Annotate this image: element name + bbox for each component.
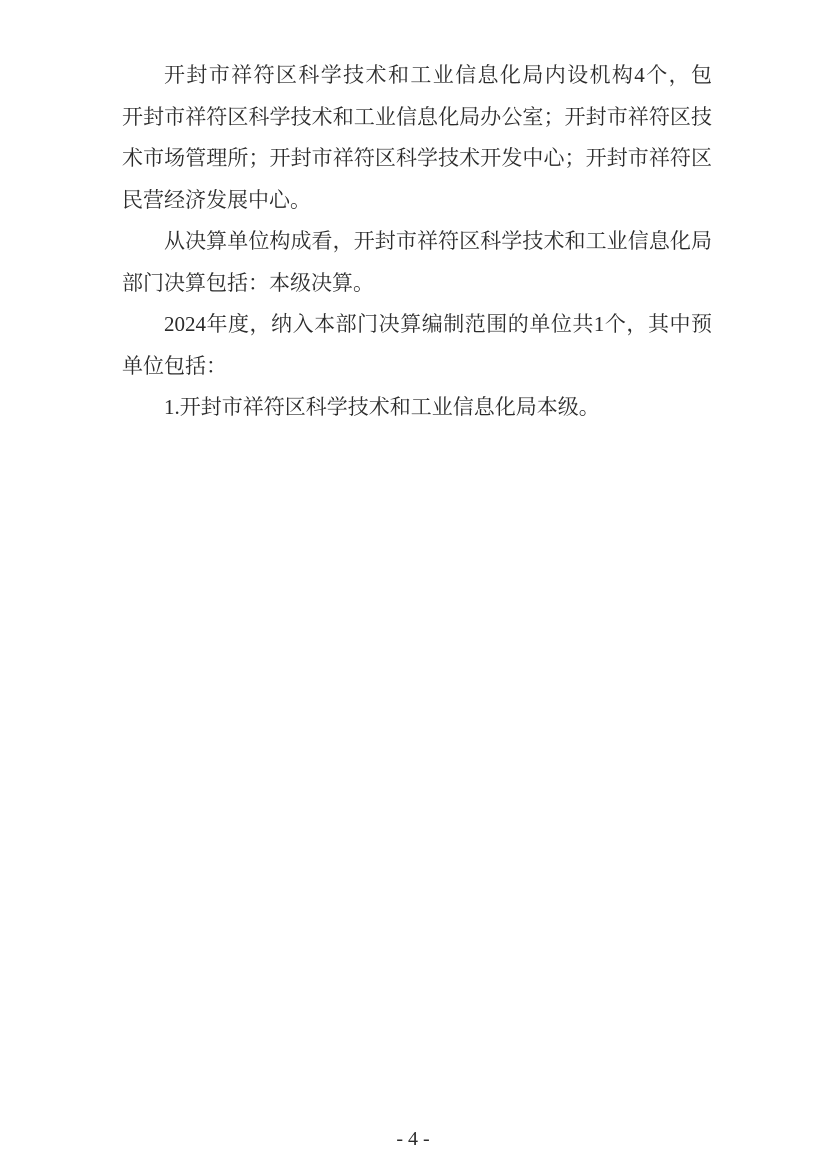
document-line: 民营经济发展中心。 [122, 180, 712, 222]
document-line: 开封市祥符区科学技术和工业信息化局办公室；开封市祥符区技 [122, 97, 712, 139]
document-line: 单位包括： [122, 346, 712, 388]
document-line: 1.开封市祥符区科学技术和工业信息化局本级。 [122, 387, 712, 429]
document-page: 开封市祥符区科学技术和工业信息化局内设机构4个，包括： 开封市祥符区科学技术和工… [0, 0, 826, 1169]
document-body-text: 开封市祥符区科学技术和工业信息化局内设机构4个，包括： 开封市祥符区科学技术和工… [122, 55, 712, 429]
document-line: 部门决算包括：本级决算。 [122, 263, 712, 305]
document-line: 术市场管理所；开封市祥符区科学技术开发中心；开封市祥符区 [122, 138, 712, 180]
document-line: 从决算单位构成看，开封市祥符区科学技术和工业信息化局 [122, 221, 712, 263]
page-number: - 4 - [0, 1127, 826, 1151]
document-line: 2024年度，纳入本部门决算编制范围的单位共1个，其中预算 [122, 304, 712, 346]
document-line: 开封市祥符区科学技术和工业信息化局内设机构4个，包括： [122, 55, 712, 97]
